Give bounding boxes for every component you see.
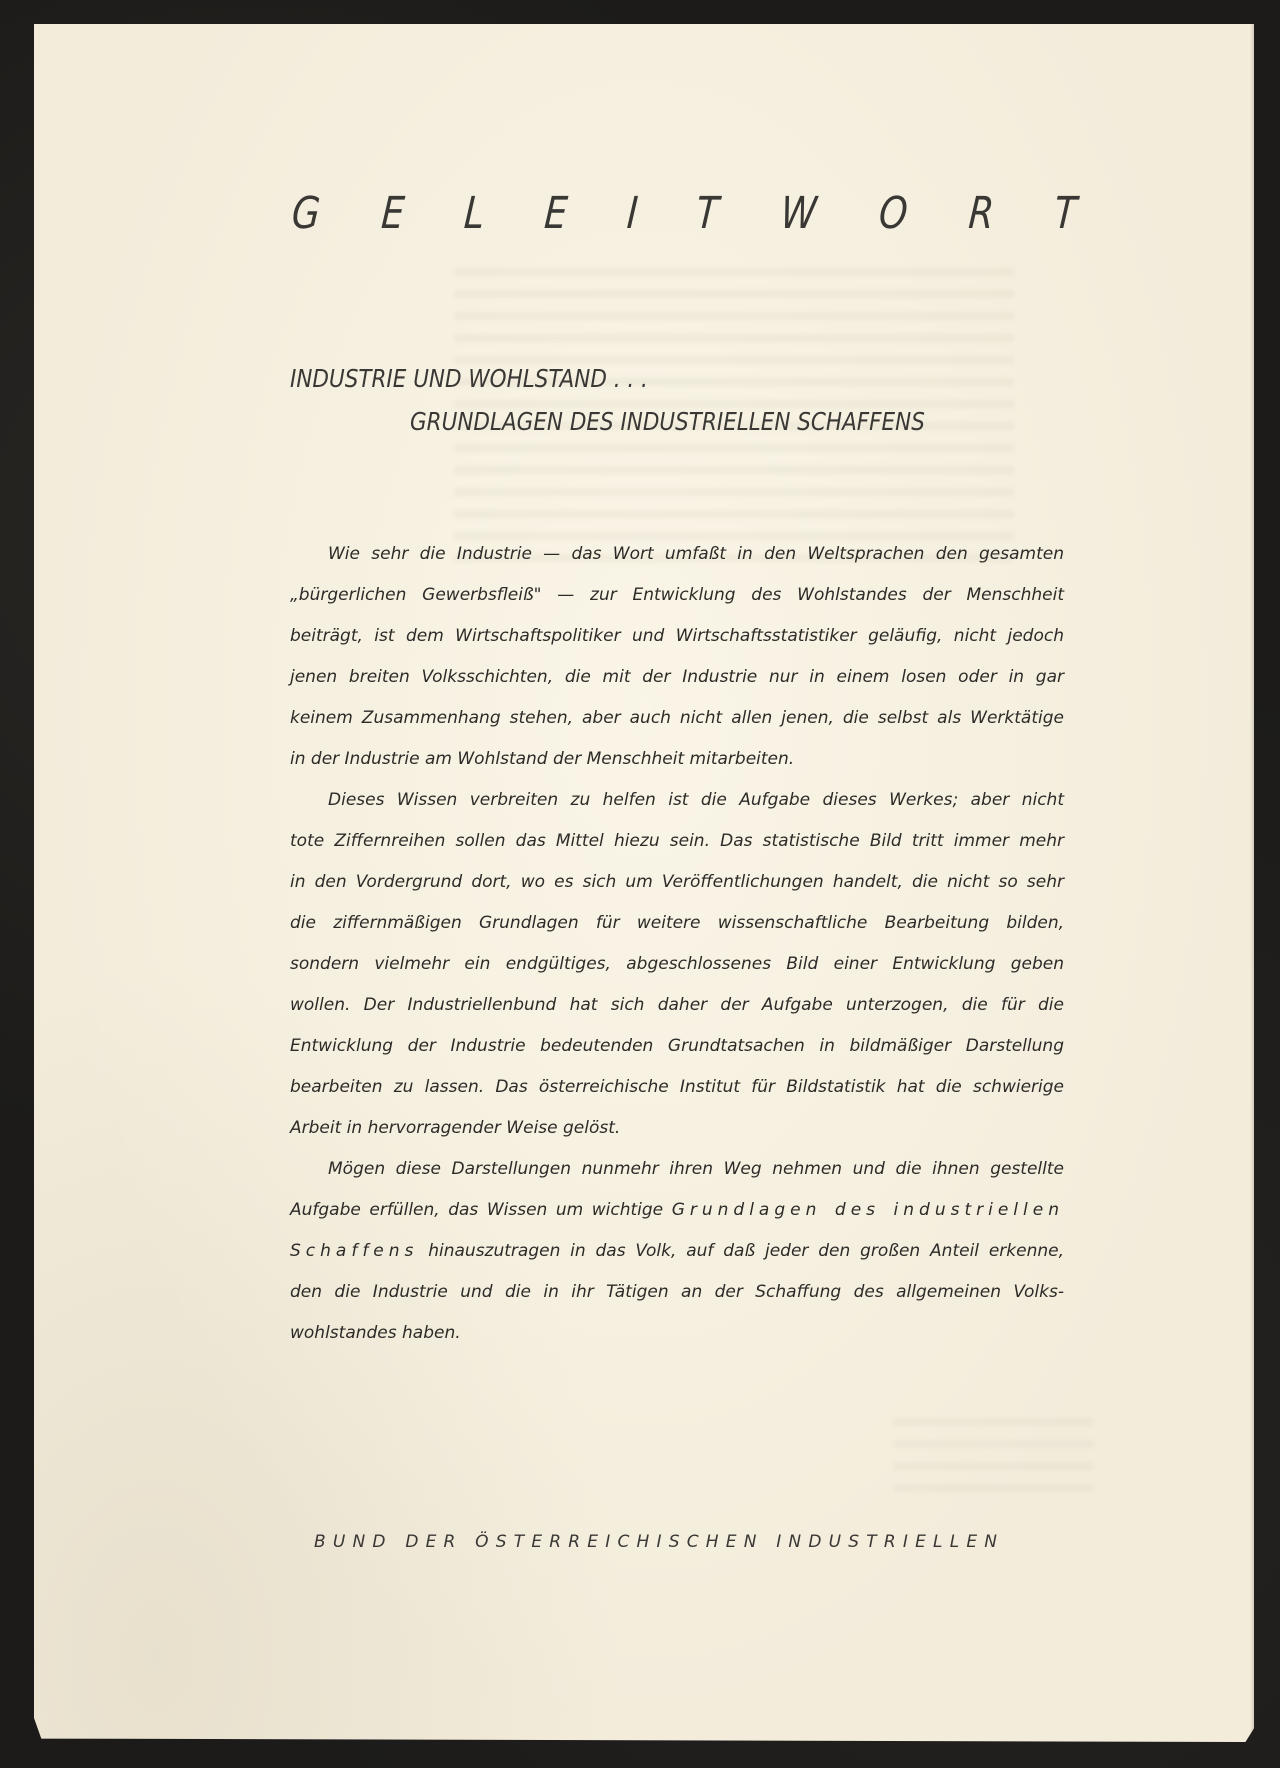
text-line: Wie sehr die Industrie — das Wort umfaßt… <box>328 543 1064 565</box>
text-line: beiträgt, ist dem Wirtschaftspolitiker u… <box>290 625 1064 647</box>
text-line: den die Industrie und die in ihr Tätigen… <box>290 1281 1064 1303</box>
text-line: keinem Zusammenhang stehen, aber auch ni… <box>290 707 1064 729</box>
text-line: in der Industrie am Wohlstand der Mensch… <box>290 748 1064 770</box>
text-line: tote Ziffernreihen sollen das Mittel hie… <box>290 830 1064 852</box>
title-letter: O <box>877 188 909 239</box>
text-line: Mögen diese Darstellungen nunmehr ihren … <box>328 1158 1064 1180</box>
text-line: wohlstandes haben. <box>290 1322 1064 1344</box>
title-letter: T <box>695 188 721 239</box>
subtitle-line-2: GRUNDLAGEN DES INDUSTRIELLEN SCHAFFENS <box>410 407 925 436</box>
title-letter: T <box>1053 188 1079 239</box>
text-line: Aufgabe erfüllen, das Wissen um wichtige… <box>290 1199 1064 1221</box>
emphasized-phrase: Schaffens <box>290 1241 418 1261</box>
title-letter: R <box>967 188 996 239</box>
signature: BUND DER ÖSTERREICHISCHEN INDUSTRIELLEN <box>314 1532 1062 1552</box>
text-line: Entwicklung der Industrie bedeutenden Gr… <box>290 1035 1064 1057</box>
title-letter: G <box>290 188 322 239</box>
text-line: Dieses Wissen verbreiten zu helfen ist d… <box>328 789 1064 811</box>
subtitle-line-1: INDUSTRIE UND WOHLSTAND . . . <box>290 364 648 393</box>
text-fragment: Aufgabe erfüllen, das Wissen um wichtige <box>290 1200 663 1220</box>
text-line: sondern vielmehr ein endgültiges, abgesc… <box>290 953 1064 975</box>
title-letter: E <box>543 188 569 239</box>
text-line: bearbeiten zu lassen. Das österreichisch… <box>290 1076 1064 1098</box>
text-line: wollen. Der Industriellenbund hat sich d… <box>290 994 1064 1016</box>
page-title: G E L E I T W O R T <box>287 188 1081 239</box>
text-line: „bürgerlichen Gewerbsfleiß" — zur Entwic… <box>290 584 1064 606</box>
text-line: in den Vordergrund dort, wo es sich um V… <box>290 871 1064 893</box>
text-line: die ziffernmäßigen Grundlagen für weiter… <box>290 912 1064 934</box>
title-letter: E <box>379 188 405 239</box>
title-letter: L <box>463 188 487 239</box>
text-fragment: hinauszutragen in das Volk, auf daß jede… <box>428 1241 1064 1261</box>
emphasized-phrase: Grundlagen des industriellen <box>672 1200 1064 1220</box>
text-line: jenen breiten Volksschichten, die mit de… <box>290 666 1064 688</box>
document-page: G E L E I T W O R T INDUSTRIE UND WOHLST… <box>34 24 1254 1742</box>
text-line: Schaffens hinauszutragen in das Volk, au… <box>290 1240 1064 1262</box>
title-letter: I <box>625 188 639 239</box>
title-letter: W <box>779 188 818 239</box>
page-content: G E L E I T W O R T INDUSTRIE UND WOHLST… <box>34 24 1254 1742</box>
text-line: Arbeit in hervorragender Weise gelöst. <box>290 1117 1064 1139</box>
